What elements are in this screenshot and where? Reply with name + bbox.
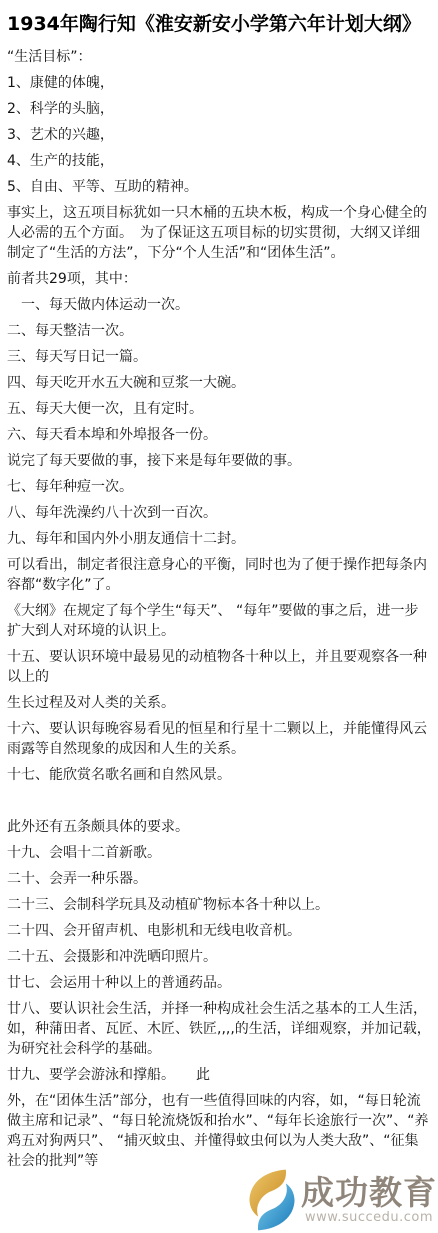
list-item: 十七、能欣赏名歌名画和自然风景。: [7, 765, 431, 785]
doc-paragraph: 生长过程及对人类的关系。: [7, 693, 431, 713]
watermark: 成功教育 www.succedu.com: [246, 1167, 437, 1233]
list-item: 3、艺术的兴趣，: [7, 125, 431, 145]
list-item: 七、每年种痘一次。: [7, 477, 431, 497]
list-item: 一、每天做内体运动一次。: [7, 295, 431, 315]
watermark-text-block: 成功教育 www.succedu.com: [301, 1176, 437, 1225]
page-title: 1934年陶行知《淮安新安小学第六年计划大纲》: [7, 10, 431, 38]
list-item: 2、科学的头脑，: [7, 99, 431, 119]
list-item: 六、每天看本埠和外埠报各一份。: [7, 425, 431, 445]
list-item: 十九、会唱十二首新歌。: [7, 843, 431, 863]
list-item: 八、每年洗澡约八十次到一百次。: [7, 503, 431, 523]
article-body: 1934年陶行知《淮安新安小学第六年计划大纲》 “生活目标”： 1、康健的体魄，…: [7, 10, 431, 1171]
list-item: 二十三、会制科学玩具及动植矿物标本各十种以上。: [7, 895, 431, 915]
succedu-logo-icon: [246, 1167, 298, 1233]
list-item: 九、每年和国内外小朋友通信十二封。: [7, 529, 431, 549]
doc-paragraph: 说完了每天要做的事，接下来是每年要做的事。: [7, 451, 431, 471]
list-item: 四、每天吃开水五大碗和豆浆一大碗。: [7, 373, 431, 393]
watermark-brand-text: 成功教育: [301, 1176, 437, 1210]
list-item: 二十四、会开留声机、电影机和无线电收音机。: [7, 921, 431, 941]
list-item: 二十、会弄一种乐器。: [7, 869, 431, 889]
list-item: 五、每天大便一次，且有定时。: [7, 399, 431, 419]
section-label: “生活目标”：: [7, 47, 431, 67]
spacer-line: [7, 791, 431, 811]
list-item: 二十五、会摄影和冲洗晒印照片。: [7, 947, 431, 967]
doc-paragraph: 外，在“团体生活”部分，也有一些值得回味的内容，如，“每日轮流做主席和记录”、“…: [7, 1091, 431, 1171]
doc-paragraph: 可以看出，制定者很注意身心的平衡，同时也为了便于操作把每条内容都“数字化”了。: [7, 555, 431, 595]
list-item: 十六、要认识每晚容易看见的恒星和行星十二颗以上，并能懂得风云雨露等自然现象的成因…: [7, 719, 431, 759]
list-item: 4、生产的技能，: [7, 151, 431, 171]
list-item: 5、自由、平等、互助的精神。: [7, 177, 431, 197]
list-item: 廿九、要学会游泳和撑船。 此: [7, 1065, 431, 1085]
list-item: 1、康健的体魄，: [7, 73, 431, 93]
list-item: 廿七、会运用十种以上的普通药品。: [7, 973, 431, 993]
doc-paragraph: 此外还有五条颇具体的要求。: [7, 817, 431, 837]
list-item: 廿八、要认识社会生活，并择一种构成社会生活之基本的工人生活，如，种蒲田者、瓦匠、…: [7, 999, 431, 1059]
document-page: 1934年陶行知《淮安新安小学第六年计划大纲》 “生活目标”： 1、康健的体魄，…: [0, 0, 438, 1233]
list-item: 三、每天写日记一篇。: [7, 347, 431, 367]
doc-paragraph: 前者共29项，其中：: [7, 269, 431, 289]
list-item: 十五、要认识环境中最易见的动植物各十种以上，并且要观察各一种以上的: [7, 647, 431, 687]
list-item: 二、每天整洁一次。: [7, 321, 431, 341]
doc-paragraph: 事实上，这五项目标犹如一只木桶的五块木板，构成一个身心健全的人必需的五个方面。 …: [7, 203, 431, 263]
doc-paragraph: 《大纲》在规定了每个学生“每天”、 “每年”要做的事之后，进一步扩大到人对环境的…: [7, 601, 431, 641]
watermark-url-text: www.succedu.com: [305, 1210, 433, 1225]
